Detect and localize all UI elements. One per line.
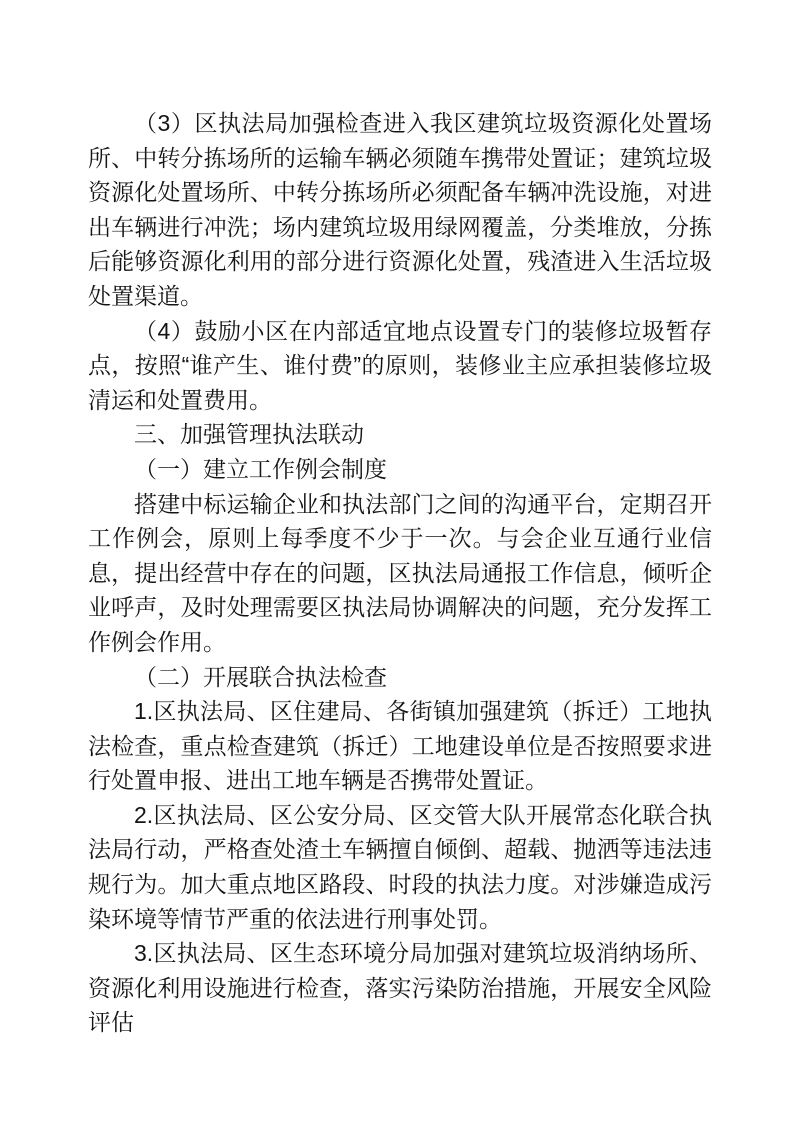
paragraph-work-meeting: 搭建中标运输企业和执法部门之间的沟通平台，定期召开工作例会，原则上每季度不少于一…: [88, 487, 712, 660]
subsection-heading-one: （一）建立工作例会制度: [88, 452, 712, 487]
paragraph-numbered-2: 2.区执法局、区公安分局、区交管大队开展常态化联合执法局行动，严格查处渣土车辆擅…: [88, 798, 712, 936]
document-body: （3）区执法局加强检查进入我区建筑垃圾资源化处置场所、中转分拣场所的运输车辆必须…: [88, 106, 712, 1040]
paragraph-item-4: （4）鼓励小区在内部适宜地点设置专门的装修垃圾暂存点，按照“谁产生、谁付费”的原…: [88, 314, 712, 418]
paragraph-numbered-3: 3.区执法局、区生态环境分局加强对建筑垃圾消纳场所、资源化利用设施进行检查，落实…: [88, 936, 712, 1040]
document-page: （3）区执法局加强检查进入我区建筑垃圾资源化处置场所、中转分拣场所的运输车辆必须…: [0, 0, 793, 1122]
subsection-heading-two: （二）开展联合执法检查: [88, 660, 712, 695]
section-heading-three: 三、加强管理执法联动: [88, 417, 712, 452]
paragraph-item-3: （3）区执法局加强检查进入我区建筑垃圾资源化处置场所、中转分拣场所的运输车辆必须…: [88, 106, 712, 314]
paragraph-numbered-1: 1.区执法局、区住建局、各街镇加强建筑（拆迁）工地执法检查，重点检查建筑（拆迁）…: [88, 694, 712, 798]
